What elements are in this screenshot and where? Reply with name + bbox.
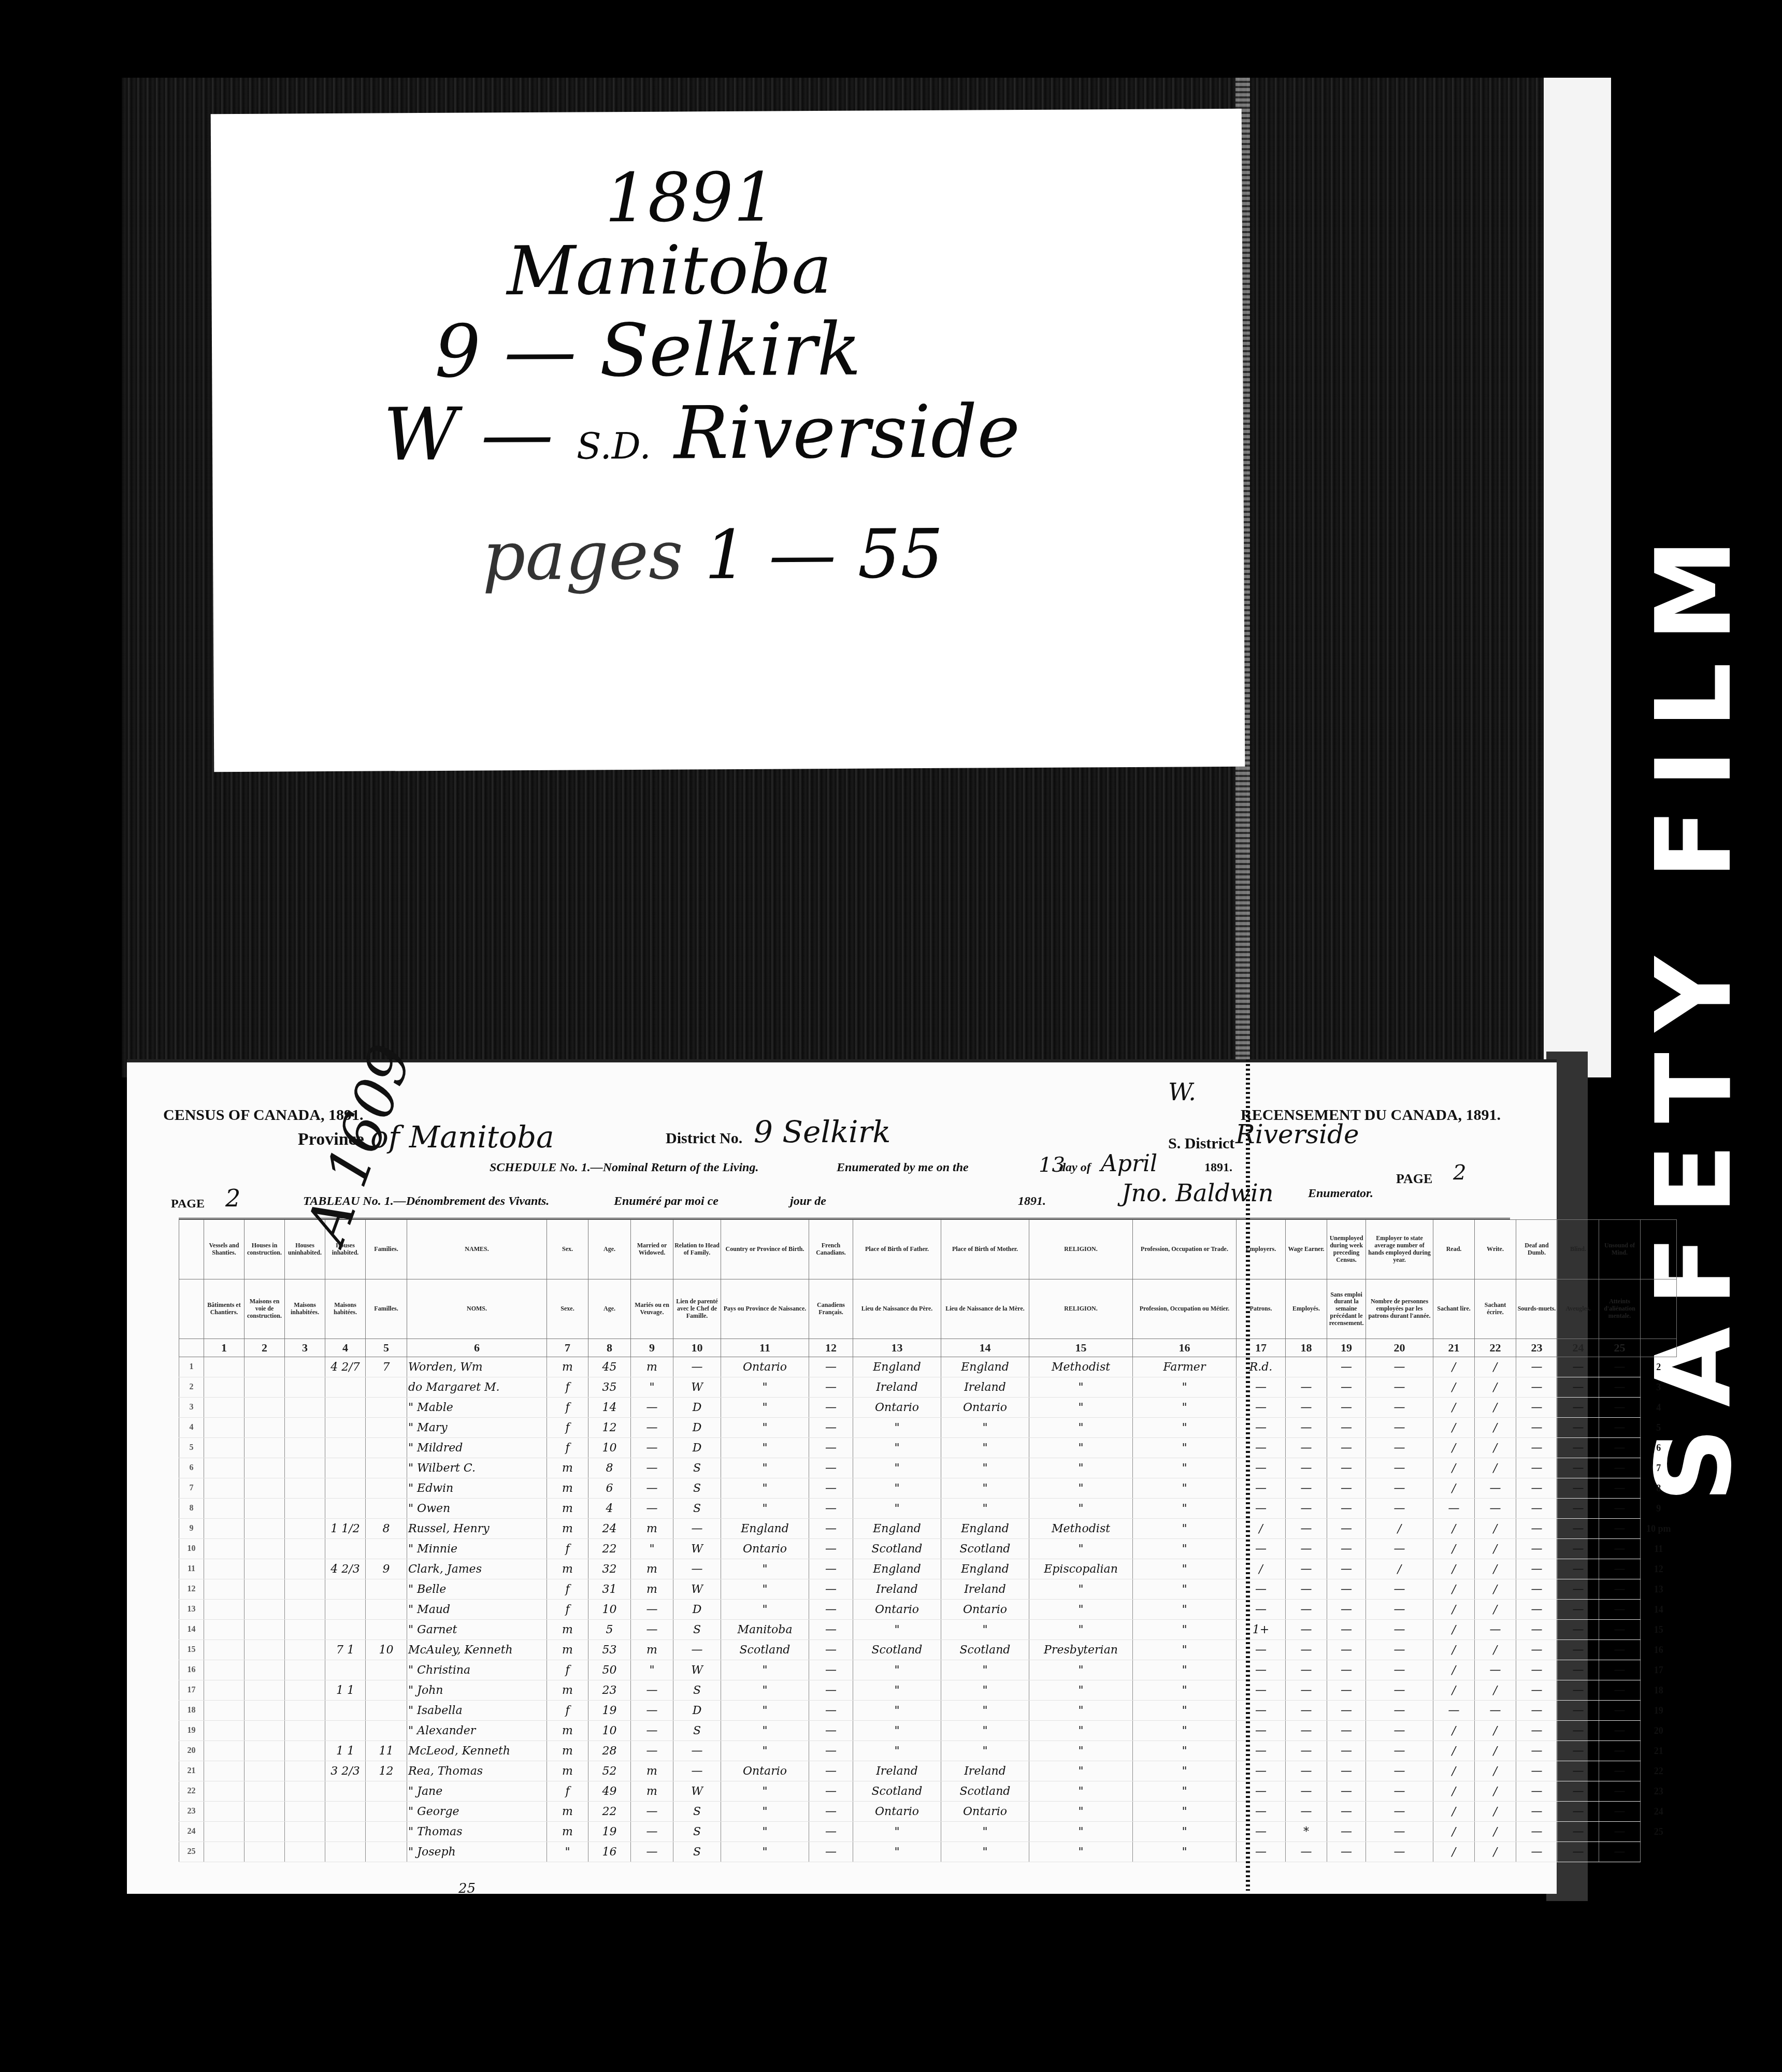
cell-col-14: " (941, 1620, 1029, 1640)
cell-col-17: — (1237, 1701, 1286, 1721)
table-row: 19" Alexanderm10—S"—""""————//———20 (179, 1721, 1677, 1741)
cell-col-12: — (809, 1701, 853, 1721)
cell-col-4 (325, 1721, 366, 1741)
cell-col-3 (285, 1660, 325, 1680)
right-row-number: 18 (1641, 1680, 1677, 1701)
column-header-en-9: Married or Widowed. (631, 1220, 673, 1279)
cell-col-21: / (1433, 1377, 1475, 1398)
cell-col-25: — (1599, 1377, 1641, 1398)
cell-col-14: Ireland (941, 1377, 1029, 1398)
cell-col-1 (204, 1640, 245, 1660)
cell-col-10: S (673, 1680, 721, 1701)
cell-col-16: " (1133, 1499, 1237, 1519)
column-number-13: 13 (853, 1339, 941, 1357)
cell-col-17: — (1237, 1842, 1286, 1862)
cell-col-16: " (1133, 1458, 1237, 1478)
cell-col-2 (245, 1377, 285, 1398)
cell-col-1 (204, 1559, 245, 1579)
cell-col-5 (366, 1680, 407, 1701)
cell-col-21: / (1433, 1478, 1475, 1499)
table-row: 13" Maudf10—D"—OntarioOntario""————//———… (179, 1600, 1677, 1620)
cell-col-17: — (1237, 1458, 1286, 1478)
column-header-en-15: RELIGION. (1029, 1220, 1133, 1279)
census-grid: Vessels and Shanties.Houses in construct… (179, 1219, 1677, 1862)
column-number-17: 17 (1237, 1339, 1286, 1357)
cell-col-19: — (1327, 1741, 1366, 1761)
card-province: Manitoba (507, 230, 832, 310)
cell-col-13: Scotland (853, 1781, 941, 1802)
cell-col-10: — (673, 1519, 721, 1539)
cell-col-8: 22 (588, 1802, 631, 1822)
cell-col-7: f (547, 1377, 588, 1398)
cell-col-15: " (1029, 1660, 1133, 1680)
enumerator-label: Enumerator. (1308, 1187, 1373, 1201)
cell-col-2 (245, 1499, 285, 1519)
cell-col-21: / (1433, 1539, 1475, 1559)
cell-col-17: — (1237, 1822, 1286, 1842)
cell-col-17: R.d. (1237, 1357, 1286, 1377)
cell-col-4 (325, 1579, 366, 1600)
cell-col-9: — (631, 1701, 673, 1721)
cell-col-12: — (809, 1559, 853, 1579)
table-row: 157 110McAuley, Kennethm53m—Scotland—Sco… (179, 1640, 1677, 1660)
cell-col-16: " (1133, 1781, 1237, 1802)
cell-col-2 (245, 1721, 285, 1741)
cell-col-9: — (631, 1478, 673, 1499)
cell-col-4 (325, 1418, 366, 1438)
cell-col-9: — (631, 1741, 673, 1761)
cell-col-25: — (1599, 1761, 1641, 1781)
cell-col-13: Ireland (853, 1377, 941, 1398)
table-row: 2do Margaret M.f35"W"—IrelandIreland""——… (179, 1377, 1677, 1398)
cell-col-10: D (673, 1438, 721, 1458)
cell-col-23: — (1516, 1559, 1558, 1579)
cell-col-25: — (1599, 1842, 1641, 1862)
cell-col-13: " (853, 1660, 941, 1680)
cell-col-6: " Maud (407, 1600, 547, 1620)
cell-col-23: — (1516, 1640, 1558, 1660)
cell-col-3 (285, 1559, 325, 1579)
cell-col-8: 23 (588, 1680, 631, 1701)
cell-col-22: / (1475, 1741, 1516, 1761)
column-header-fr-9: Mariés ou en Veuvage. (631, 1279, 673, 1339)
cell-col-2 (245, 1741, 285, 1761)
cell-col-2 (245, 1579, 285, 1600)
cell-col-23: — (1516, 1458, 1558, 1478)
cell-col-6: " Jane (407, 1781, 547, 1802)
cell-col-20: — (1366, 1761, 1433, 1781)
row-number: 8 (179, 1499, 204, 1519)
cell-col-14: Ontario (941, 1398, 1029, 1418)
cell-col-24: — (1558, 1761, 1599, 1781)
cell-col-7: f (547, 1539, 588, 1559)
page-label-left: PAGE (171, 1197, 205, 1211)
cell-col-18: — (1286, 1418, 1327, 1438)
cell-col-18: — (1286, 1377, 1327, 1398)
cell-col-18: — (1286, 1802, 1327, 1822)
column-header-en-17: Employers. (1237, 1220, 1286, 1279)
column-header-en-12: French Canadians. (809, 1220, 853, 1279)
row-number: 14 (179, 1620, 204, 1640)
cell-col-14: " (941, 1721, 1029, 1741)
cell-col-20: — (1366, 1781, 1433, 1802)
cell-col-16: " (1133, 1398, 1237, 1418)
cell-col-9: — (631, 1842, 673, 1862)
cell-col-25: — (1599, 1499, 1641, 1519)
cell-col-18: — (1286, 1781, 1327, 1802)
column-header-en-20: Employer to state average number of hand… (1366, 1220, 1433, 1279)
column-header-fr-25: Atteints d'aliénation mentale. (1599, 1279, 1641, 1339)
cell-col-10: — (673, 1357, 721, 1377)
right-row-number: 11 (1641, 1539, 1677, 1559)
column-header-en-14: Place of Birth of Mother. (941, 1220, 1029, 1279)
cell-col-1 (204, 1418, 245, 1438)
cell-col-12: — (809, 1600, 853, 1620)
cell-col-25: — (1599, 1559, 1641, 1579)
cell-col-6: " Garnet (407, 1620, 547, 1640)
row-number: 4 (179, 1418, 204, 1438)
cell-col-17: — (1237, 1600, 1286, 1620)
cell-col-8: 45 (588, 1357, 631, 1377)
table-row: 25" Joseph"16—S"—""""————//——— (179, 1842, 1677, 1862)
cell-col-7: f (547, 1660, 588, 1680)
cell-col-12: — (809, 1842, 853, 1862)
cell-col-9: — (631, 1499, 673, 1519)
cell-col-19: — (1327, 1418, 1366, 1438)
cell-col-10: S (673, 1822, 721, 1842)
cell-col-4: 4 2/3 (325, 1559, 366, 1579)
row-number-header (179, 1279, 204, 1339)
cell-col-16: " (1133, 1842, 1237, 1862)
cell-col-11: " (721, 1701, 809, 1721)
cell-col-13: " (853, 1721, 941, 1741)
row-number: 23 (179, 1802, 204, 1822)
cell-col-3 (285, 1478, 325, 1499)
cell-col-23: — (1516, 1822, 1558, 1842)
cell-col-21: / (1433, 1579, 1475, 1600)
cell-col-9: — (631, 1458, 673, 1478)
cell-col-20: — (1366, 1398, 1433, 1418)
cell-col-7: m (547, 1721, 588, 1741)
cell-col-5 (366, 1499, 407, 1519)
cell-col-9: m (631, 1357, 673, 1377)
cell-col-11: " (721, 1660, 809, 1680)
cell-col-16: Farmer (1133, 1357, 1237, 1377)
column-header-fr-7: Sexe. (547, 1279, 588, 1339)
cell-col-3 (285, 1802, 325, 1822)
right-row-number: 10 pm (1641, 1519, 1677, 1539)
row-number-header (179, 1220, 204, 1279)
cell-col-13: " (853, 1842, 941, 1862)
cell-col-8: 8 (588, 1458, 631, 1478)
cell-col-1 (204, 1579, 245, 1600)
cell-col-11: " (721, 1721, 809, 1741)
cell-col-23: — (1516, 1701, 1558, 1721)
cell-col-20: — (1366, 1418, 1433, 1438)
cell-col-14: England (941, 1357, 1029, 1377)
cell-col-20: / (1366, 1559, 1433, 1579)
cell-col-4 (325, 1842, 366, 1862)
cell-col-21: / (1433, 1721, 1475, 1741)
cell-col-2 (245, 1640, 285, 1660)
cell-col-1 (204, 1539, 245, 1559)
column-number-7: 7 (547, 1339, 588, 1357)
column-header-en-16: Profession, Occupation or Trade. (1133, 1220, 1237, 1279)
cell-col-11: " (721, 1579, 809, 1600)
cell-col-10: S (673, 1620, 721, 1640)
cell-col-25: — (1599, 1822, 1641, 1842)
cell-col-14: " (941, 1842, 1029, 1862)
row-number: 21 (179, 1761, 204, 1781)
cell-col-21: — (1433, 1499, 1475, 1519)
column-number-14: 14 (941, 1339, 1029, 1357)
cell-col-5 (366, 1579, 407, 1600)
cell-col-19: — (1327, 1499, 1366, 1519)
right-row-number: 20 (1641, 1721, 1677, 1741)
cell-col-11: Ontario (721, 1761, 809, 1781)
cell-col-22: — (1475, 1620, 1516, 1640)
cell-col-3 (285, 1539, 325, 1559)
table-row: 3" Mablef14—D"—OntarioOntario""————//———… (179, 1398, 1677, 1418)
row-number: 7 (179, 1478, 204, 1499)
cell-col-7: m (547, 1559, 588, 1579)
table-row: 114 2/39Clark, Jamesm32m—"—EnglandEnglan… (179, 1559, 1677, 1579)
cell-col-4 (325, 1438, 366, 1458)
cell-col-17: — (1237, 1539, 1286, 1559)
cell-col-10: S (673, 1458, 721, 1478)
cell-col-10: — (673, 1559, 721, 1579)
cell-col-15: " (1029, 1781, 1133, 1802)
right-margin-header (1641, 1339, 1677, 1357)
cell-col-2 (245, 1701, 285, 1721)
cell-col-18: — (1286, 1458, 1327, 1478)
cell-col-21: / (1433, 1458, 1475, 1478)
cell-col-11: " (721, 1802, 809, 1822)
cell-col-12: — (809, 1781, 853, 1802)
cell-col-17: — (1237, 1418, 1286, 1438)
cell-col-10: W (673, 1660, 721, 1680)
cell-col-5 (366, 1660, 407, 1680)
cell-col-24: — (1558, 1701, 1599, 1721)
cell-col-11: " (721, 1499, 809, 1519)
cell-col-19: — (1327, 1640, 1366, 1660)
column-number-19: 19 (1327, 1339, 1366, 1357)
cell-col-11: Scotland (721, 1640, 809, 1660)
column-header-en-24: Blind. (1558, 1220, 1599, 1279)
cell-col-6: do Margaret M. (407, 1377, 547, 1398)
column-number-15: 15 (1029, 1339, 1133, 1357)
cell-col-22: / (1475, 1802, 1516, 1822)
cell-col-24: — (1558, 1539, 1599, 1559)
cell-col-19: — (1327, 1519, 1366, 1539)
cell-col-24: — (1558, 1680, 1599, 1701)
cell-col-7: f (547, 1398, 588, 1418)
right-row-number: 16 (1641, 1640, 1677, 1660)
cell-col-25: — (1599, 1519, 1641, 1539)
cell-col-18: — (1286, 1721, 1327, 1741)
cell-col-15: " (1029, 1620, 1133, 1640)
cell-col-17: / (1237, 1519, 1286, 1539)
cell-col-17: — (1237, 1499, 1286, 1519)
cell-col-24: — (1558, 1398, 1599, 1418)
cell-col-8: 53 (588, 1640, 631, 1660)
row-number: 16 (179, 1660, 204, 1680)
cell-col-14: " (941, 1499, 1029, 1519)
column-header-fr-4: Maisons habitées. (325, 1279, 366, 1339)
column-header-fr-16: Profession, Occupation ou Métier. (1133, 1279, 1237, 1339)
cell-col-11: " (721, 1781, 809, 1802)
cell-col-6: " George (407, 1802, 547, 1822)
cell-col-3 (285, 1499, 325, 1519)
cell-col-16: " (1133, 1701, 1237, 1721)
right-row-number: 12 (1641, 1559, 1677, 1579)
cell-col-14: " (941, 1680, 1029, 1701)
cell-col-1 (204, 1377, 245, 1398)
cell-col-20: — (1366, 1741, 1433, 1761)
cell-col-2 (245, 1438, 285, 1458)
cell-col-7: f (547, 1600, 588, 1620)
cell-col-17: — (1237, 1438, 1286, 1458)
column-number-8: 8 (588, 1339, 631, 1357)
cell-col-6: " Joseph (407, 1842, 547, 1862)
cell-col-9: — (631, 1438, 673, 1458)
cell-col-6: " Mildred (407, 1438, 547, 1458)
right-row-number: 23 (1641, 1781, 1677, 1802)
cell-col-2 (245, 1680, 285, 1701)
cell-col-4 (325, 1620, 366, 1640)
cell-col-3 (285, 1600, 325, 1620)
cell-col-14: " (941, 1478, 1029, 1499)
cell-col-15: " (1029, 1600, 1133, 1620)
cell-col-21: / (1433, 1640, 1475, 1660)
cell-col-8: 14 (588, 1398, 631, 1418)
cell-col-17: — (1237, 1660, 1286, 1680)
cell-col-9: m (631, 1559, 673, 1579)
column-number-16: 16 (1133, 1339, 1237, 1357)
table-row: 18" Isabellaf19—D"—""""—————————19 (179, 1701, 1677, 1721)
cell-col-4 (325, 1398, 366, 1418)
cell-col-13: " (853, 1499, 941, 1519)
column-header-fr-6: NOMS. (407, 1279, 547, 1339)
cell-col-12: — (809, 1398, 853, 1418)
cell-col-16: " (1133, 1559, 1237, 1579)
cell-col-8: 28 (588, 1741, 631, 1761)
cell-col-15: " (1029, 1377, 1133, 1398)
district-label: District No. (666, 1130, 742, 1147)
cell-col-1 (204, 1620, 245, 1640)
column-header-fr-1: Bâtiments et Chantiers. (204, 1279, 245, 1339)
cell-col-5 (366, 1458, 407, 1478)
cell-col-3 (285, 1822, 325, 1842)
column-header-en-6: NAMES. (407, 1220, 547, 1279)
enumeration-year: 1891. (1204, 1161, 1232, 1175)
cell-col-25: — (1599, 1600, 1641, 1620)
cell-col-24: — (1558, 1822, 1599, 1842)
cell-col-16: " (1133, 1822, 1237, 1842)
table-row: 5" Mildredf10—D"—""""————//———6 (179, 1438, 1677, 1458)
cell-col-11: Manitoba (721, 1620, 809, 1640)
cell-col-4 (325, 1478, 366, 1499)
cell-col-18: — (1286, 1701, 1327, 1721)
column-header-fr-11: Pays ou Province de Naissance. (721, 1279, 809, 1339)
cell-col-9: — (631, 1721, 673, 1741)
cell-col-20: — (1366, 1377, 1433, 1398)
column-header-fr-13: Lieu de Naissance du Père. (853, 1279, 941, 1339)
cell-col-14: " (941, 1660, 1029, 1680)
page-label-right: PAGE (1396, 1171, 1432, 1187)
cell-col-23: — (1516, 1398, 1558, 1418)
cell-col-7: f (547, 1418, 588, 1438)
cell-col-13: " (853, 1822, 941, 1842)
row-number: 17 (179, 1680, 204, 1701)
cell-col-18: — (1286, 1842, 1327, 1862)
cell-col-10: W (673, 1579, 721, 1600)
column-header-en-22: Write. (1475, 1220, 1516, 1279)
column-number-23: 23 (1516, 1339, 1558, 1357)
cell-col-20: — (1366, 1721, 1433, 1741)
cell-col-8: 50 (588, 1660, 631, 1680)
cell-col-12: — (809, 1761, 853, 1781)
row-number: 13 (179, 1600, 204, 1620)
cell-col-22: / (1475, 1640, 1516, 1660)
cell-col-22: / (1475, 1539, 1516, 1559)
cell-col-21: / (1433, 1620, 1475, 1640)
cell-col-25: — (1599, 1539, 1641, 1559)
cell-col-23: — (1516, 1357, 1558, 1377)
cell-col-9: — (631, 1620, 673, 1640)
column-number-5: 5 (366, 1339, 407, 1357)
cell-col-19: — (1327, 1701, 1366, 1721)
cell-col-3 (285, 1579, 325, 1600)
column-number-12: 12 (809, 1339, 853, 1357)
cell-col-10: S (673, 1478, 721, 1499)
cell-col-11: " (721, 1478, 809, 1499)
enumerator-signature: Jno. Baldwin (1122, 1179, 1273, 1207)
table-row: 22" Janef49mW"—ScotlandScotland""————//—… (179, 1781, 1677, 1802)
cell-col-20: — (1366, 1458, 1433, 1478)
column-number-25: 25 (1599, 1339, 1641, 1357)
column-header-en-5: Families. (366, 1220, 407, 1279)
cell-col-10: S (673, 1721, 721, 1741)
cell-col-4 (325, 1781, 366, 1802)
cell-col-22: / (1475, 1680, 1516, 1701)
cell-col-13: England (853, 1559, 941, 1579)
cell-col-23: — (1516, 1418, 1558, 1438)
cell-col-7: m (547, 1499, 588, 1519)
row-number: 15 (179, 1640, 204, 1660)
cell-col-13: Scotland (853, 1539, 941, 1559)
table-row: 171 1" Johnm23—S"—""""————//———18 (179, 1680, 1677, 1701)
cell-col-14: " (941, 1822, 1029, 1842)
cell-col-14: Scotland (941, 1640, 1029, 1660)
cell-col-6: McAuley, Kenneth (407, 1640, 547, 1660)
cell-col-7: f (547, 1701, 588, 1721)
cell-col-18: — (1286, 1741, 1327, 1761)
cell-col-12: — (809, 1579, 853, 1600)
cell-col-9: m (631, 1761, 673, 1781)
cell-col-23: — (1516, 1499, 1558, 1519)
cell-col-19: — (1327, 1398, 1366, 1418)
cell-col-17: — (1237, 1478, 1286, 1499)
cell-col-5 (366, 1478, 407, 1499)
cell-col-10: D (673, 1600, 721, 1620)
cell-col-6: McLeod, Kenneth (407, 1741, 547, 1761)
cell-col-14: Ontario (941, 1600, 1029, 1620)
cell-col-5: 7 (366, 1357, 407, 1377)
cell-col-17: — (1237, 1721, 1286, 1741)
column-header-fr-21: Sachant lire. (1433, 1279, 1475, 1339)
cell-col-6: Clark, James (407, 1559, 547, 1579)
